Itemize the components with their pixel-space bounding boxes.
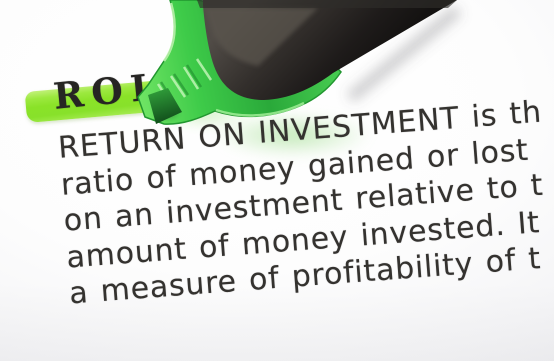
photo-scene: ROI RETURN ON INVESTMENT is th ratio of …	[0, 0, 554, 361]
marker-body-top-edge	[197, 0, 457, 8]
highlighter-marker	[0, 0, 554, 361]
